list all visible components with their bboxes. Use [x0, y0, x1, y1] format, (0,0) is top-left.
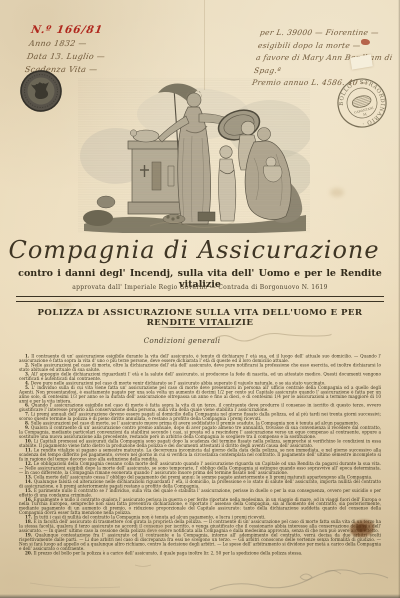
- paper-crease: [204, 0, 205, 90]
- condition-text: L' individuo sulla di cui vita viene fat…: [19, 385, 381, 403]
- policy-section-heading: POLIZZA DI ASSICURAZIONE SULLA VITA DELL…: [20, 308, 380, 328]
- condition-paragraph: 12. Le obbligazioni della Compagnia cess…: [19, 461, 381, 474]
- conditions-heading: Condizioni generali: [0, 336, 382, 345]
- conditions-body: 1. Il contraente di un' assicurazione es…: [19, 354, 381, 562]
- company-title: Compagnia di Assicurazione: [0, 236, 394, 264]
- condition-text: Qualunque contestazione fra l' assicurat…: [19, 533, 381, 551]
- red-ink-mark: [361, 39, 370, 45]
- condition-text: Le rendite vitalizie si pagano a semestr…: [19, 448, 381, 462]
- condition-text: Il prezzo del bollo per la polizza è a c…: [34, 550, 303, 555]
- registry-date: Data 13. Luglio —: [26, 50, 106, 63]
- minerva-allegory-engraving: [78, 78, 310, 233]
- beneficiary: a favore di Mary Ann Bordham di Spag.ª: [253, 52, 397, 77]
- scan-bottom-edge: [0, 594, 400, 598]
- condition-text: È in facoltà dell' assicurato di trasmet…: [19, 519, 381, 533]
- foxing-spot: [330, 188, 344, 197]
- foxing-spot: [140, 520, 170, 536]
- imperial-eagle-seal-icon: [20, 70, 62, 112]
- foxing-spot: [55, 300, 73, 308]
- sum-insured: per L. 39000 — Fiorentine —: [259, 27, 400, 40]
- registry-year: Anno 1832 —: [28, 37, 108, 50]
- payable-clause: esigibili dopo la morte —: [257, 40, 399, 53]
- condition-paragraph: 19. Qualunque contestazione fra l' assic…: [19, 533, 381, 551]
- insurance-policy-document: N.º 166/81 Anno 1832 — Data 13. Luglio —…: [0, 0, 400, 598]
- condition-text: Qualora il contraente di un' assicurazio…: [19, 425, 381, 439]
- engraving-hatch-texture: [78, 78, 310, 233]
- condition-number: 20.: [25, 550, 32, 555]
- svg-text:M: M: [363, 112, 368, 117]
- condition-paragraph: 11. Le rendite vitalizie si pagano a sem…: [19, 448, 381, 461]
- conditions-list: 1. Il contraente di un' assicurazione es…: [19, 354, 381, 555]
- condition-text: Egualmente è nullo il contratto qualora …: [19, 497, 381, 515]
- condition-paragraph: 16. Egualmente è nullo il contratto qual…: [19, 497, 381, 515]
- condition-paragraph: 9. Qualora il contraente di un' assicura…: [19, 426, 381, 439]
- condition-paragraph: 18. È in facoltà dell' assicurato di tra…: [19, 520, 381, 533]
- approval-line: approvata dall' Imperiale Regio Governo …: [20, 284, 380, 291]
- condition-paragraph: 5. L' individuo sulla di cui vita viene …: [19, 385, 381, 403]
- policy-number: N.º 166/81: [30, 24, 110, 37]
- condition-text: Le obbligazioni della Compagnia cessano …: [19, 461, 381, 475]
- small-divider: [158, 327, 242, 328]
- registry-block: N.º 166/81 Anno 1832 — Data 13. Luglio —…: [24, 24, 110, 76]
- bollo-straordinario-stamp-icon: BOLLO · STRAORDINARIO · CARANTANI M: [336, 77, 388, 129]
- ink-stain-core: [356, 524, 367, 532]
- condition-paragraph: 20. Il prezzo del bollo per la polizza è…: [19, 551, 381, 555]
